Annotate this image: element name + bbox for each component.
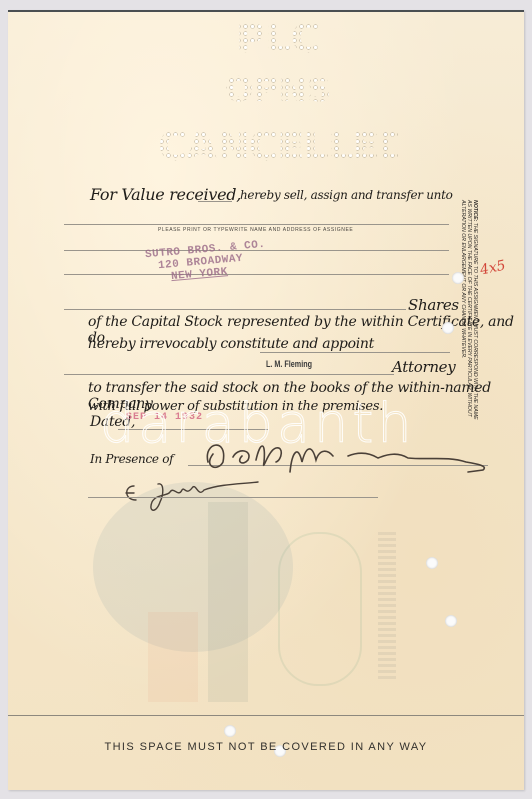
bleed-through-seal <box>278 532 362 686</box>
attorney-label: Attorney <box>392 358 455 376</box>
assignee-caption: PLEASE PRINT OR TYPEWRITE NAME AND ADDRE… <box>158 227 353 233</box>
punch-hole-4 <box>445 615 457 627</box>
pencil-note: 4x5 <box>479 258 507 279</box>
perforation-cancellation: PLC OPNS CANCELLED <box>158 12 398 187</box>
witness-signature <box>120 474 270 514</box>
notice-line-1: THE SIGNATURE TO THIS ASSIGNMENT MUST CO… <box>472 223 478 420</box>
punch-hole-1 <box>452 272 464 284</box>
value-blank-line <box>198 201 232 202</box>
notice-heading: NOTICE: <box>472 200 478 221</box>
appoint-blank-line <box>260 352 450 353</box>
punch-hole-5 <box>224 725 236 737</box>
footer-divider <box>8 715 524 716</box>
punch-hole-3 <box>426 557 438 569</box>
shares-label: Shares <box>408 296 459 314</box>
notice-line-3: ALTERATION OR ENLARGEMENT OR ANY CHANGE … <box>460 200 466 500</box>
bleed-through-red <box>148 612 198 702</box>
attorney-name: L. M. Fleming <box>266 359 312 369</box>
assignee-line-1[interactable] <box>64 224 449 225</box>
footer-warning: THIS SPACE MUST NOT BE COVERED IN ANY WA… <box>8 741 524 753</box>
appoint-text: hereby irrevocably constitute and appoin… <box>88 336 374 352</box>
shares-blank-line[interactable] <box>64 309 406 310</box>
bleed-through-text <box>378 532 396 682</box>
perforation-line-3: CANCELLED <box>158 124 398 170</box>
signature-notice: NOTICE: THE SIGNATURE TO THIS ASSIGNMENT… <box>460 200 478 500</box>
certificate-paper: PLC OPNS CANCELLED For Value received, h… <box>8 10 524 790</box>
watermark: darabanth <box>100 392 416 455</box>
perforation-line-1: PLC <box>158 16 398 62</box>
bleed-through-band <box>208 502 248 702</box>
perforation-line-2: OPNS <box>158 70 398 110</box>
assignee-stamp: SUTRO BROS. & CO. 120 BROADWAY NEW YORK <box>145 239 268 285</box>
punch-hole-2 <box>442 322 454 334</box>
attorney-line[interactable] <box>64 374 394 375</box>
hereby-sell-label: hereby sell, assign and transfer unto <box>240 188 453 202</box>
witness-line[interactable] <box>88 497 378 498</box>
notice-line-2: AS WRITTEN UPON THE FACE OF THE CERTIFIC… <box>466 200 472 500</box>
